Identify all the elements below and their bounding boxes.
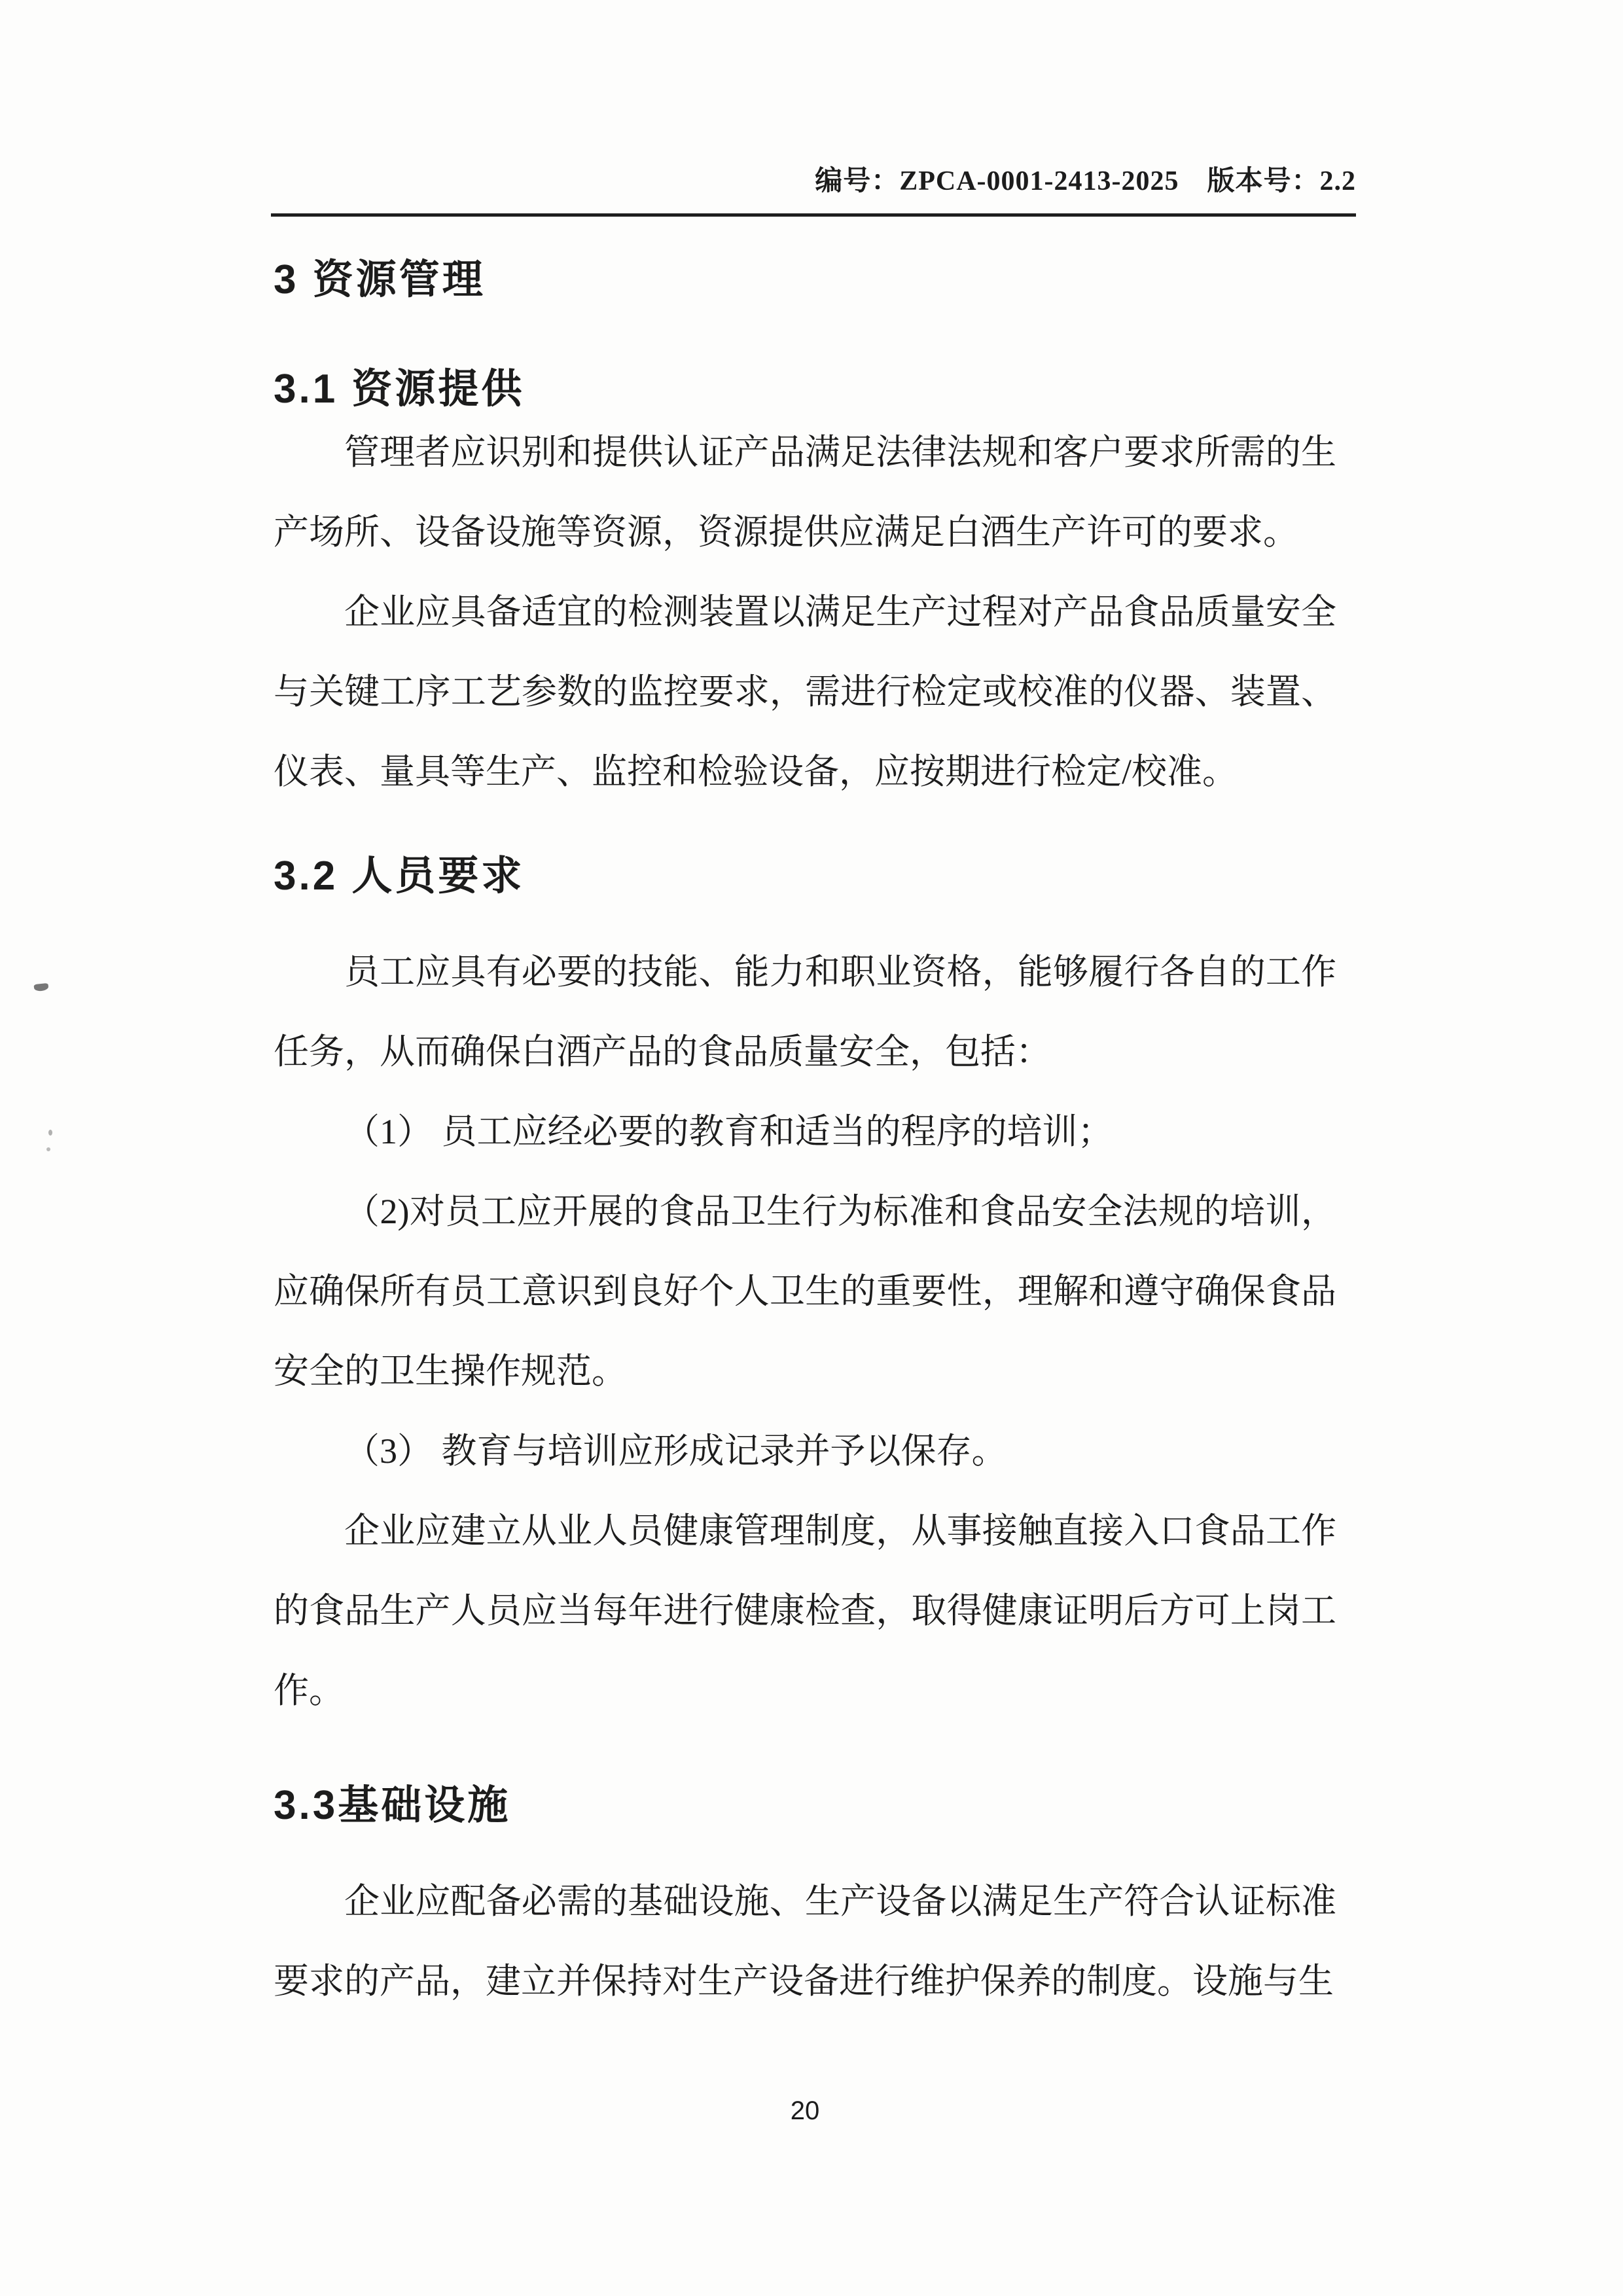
section-3-2-title: 3.2 人员要求: [274, 853, 1336, 899]
document-header: 编号：ZPCA-0001-2413-2025 版本号：2.2: [274, 165, 1356, 198]
section-3-1-paragraph-2: 企业应具备适宜的检测装置以满足生产过程对产品食品质量安全与关键工序工艺参数的监控…: [274, 572, 1336, 812]
section-3-2-paragraph-2: 企业应建立从业人员健康管理制度，从事接触直接入口食品工作的食品生产人员应当每年进…: [274, 1491, 1336, 1731]
section-3-3-title: 3.3基础设施: [274, 1783, 1336, 1828]
doc-code-label: 编号：ZPCA-0001-2413-2025 版本号：2.2: [815, 166, 1356, 196]
section-3-2-paragraph-1: 员工应具有必要的技能、能力和职业资格，能够履行各自的工作任务，从而确保白酒产品的…: [274, 932, 1336, 1092]
section-3-1-title: 3.1 资源提供: [274, 367, 1336, 412]
scan-artifact: [46, 1147, 50, 1151]
section-3-2-body: 员工应具有必要的技能、能力和职业资格，能够履行各自的工作任务，从而确保白酒产品的…: [274, 932, 1336, 1731]
document-page: 编号：ZPCA-0001-2413-2025 版本号：2.2 3 资源管理 3.…: [0, 0, 1623, 2296]
section-3-3-paragraph-1: 企业应配备必需的基础设施、生产设备以满足生产符合认证标准要求的产品，建立并保持对…: [274, 1861, 1336, 2021]
section-3-1-paragraph-1: 管理者应识别和提供认证产品满足法律法规和客户要求所需的生产场所、设备设施等资源，…: [274, 412, 1336, 572]
scan-artifact: [48, 1130, 52, 1136]
section-3-2-list-item-2: （2)对员工应开展的食品卫生行为标准和食品安全法规的培训，应确保所有员工意识到良…: [274, 1172, 1336, 1411]
section-3-2-list-item-3: （3） 教育与培训应形成记录并予以保存。: [274, 1411, 1336, 1491]
scan-artifact: [33, 983, 48, 992]
section-3-1-body: 管理者应识别和提供认证产品满足法律法规和客户要求所需的生产场所、设备设施等资源，…: [274, 412, 1336, 812]
section-3-title: 3 资源管理: [274, 257, 1336, 302]
header-rule: [271, 213, 1356, 217]
section-3-3-body: 企业应配备必需的基础设施、生产设备以满足生产符合认证标准要求的产品，建立并保持对…: [274, 1861, 1336, 2021]
section-3-2-list-item-1: （1） 员工应经必要的教育和适当的程序的培训；: [274, 1092, 1336, 1172]
page-number: 20: [274, 2098, 1336, 2124]
